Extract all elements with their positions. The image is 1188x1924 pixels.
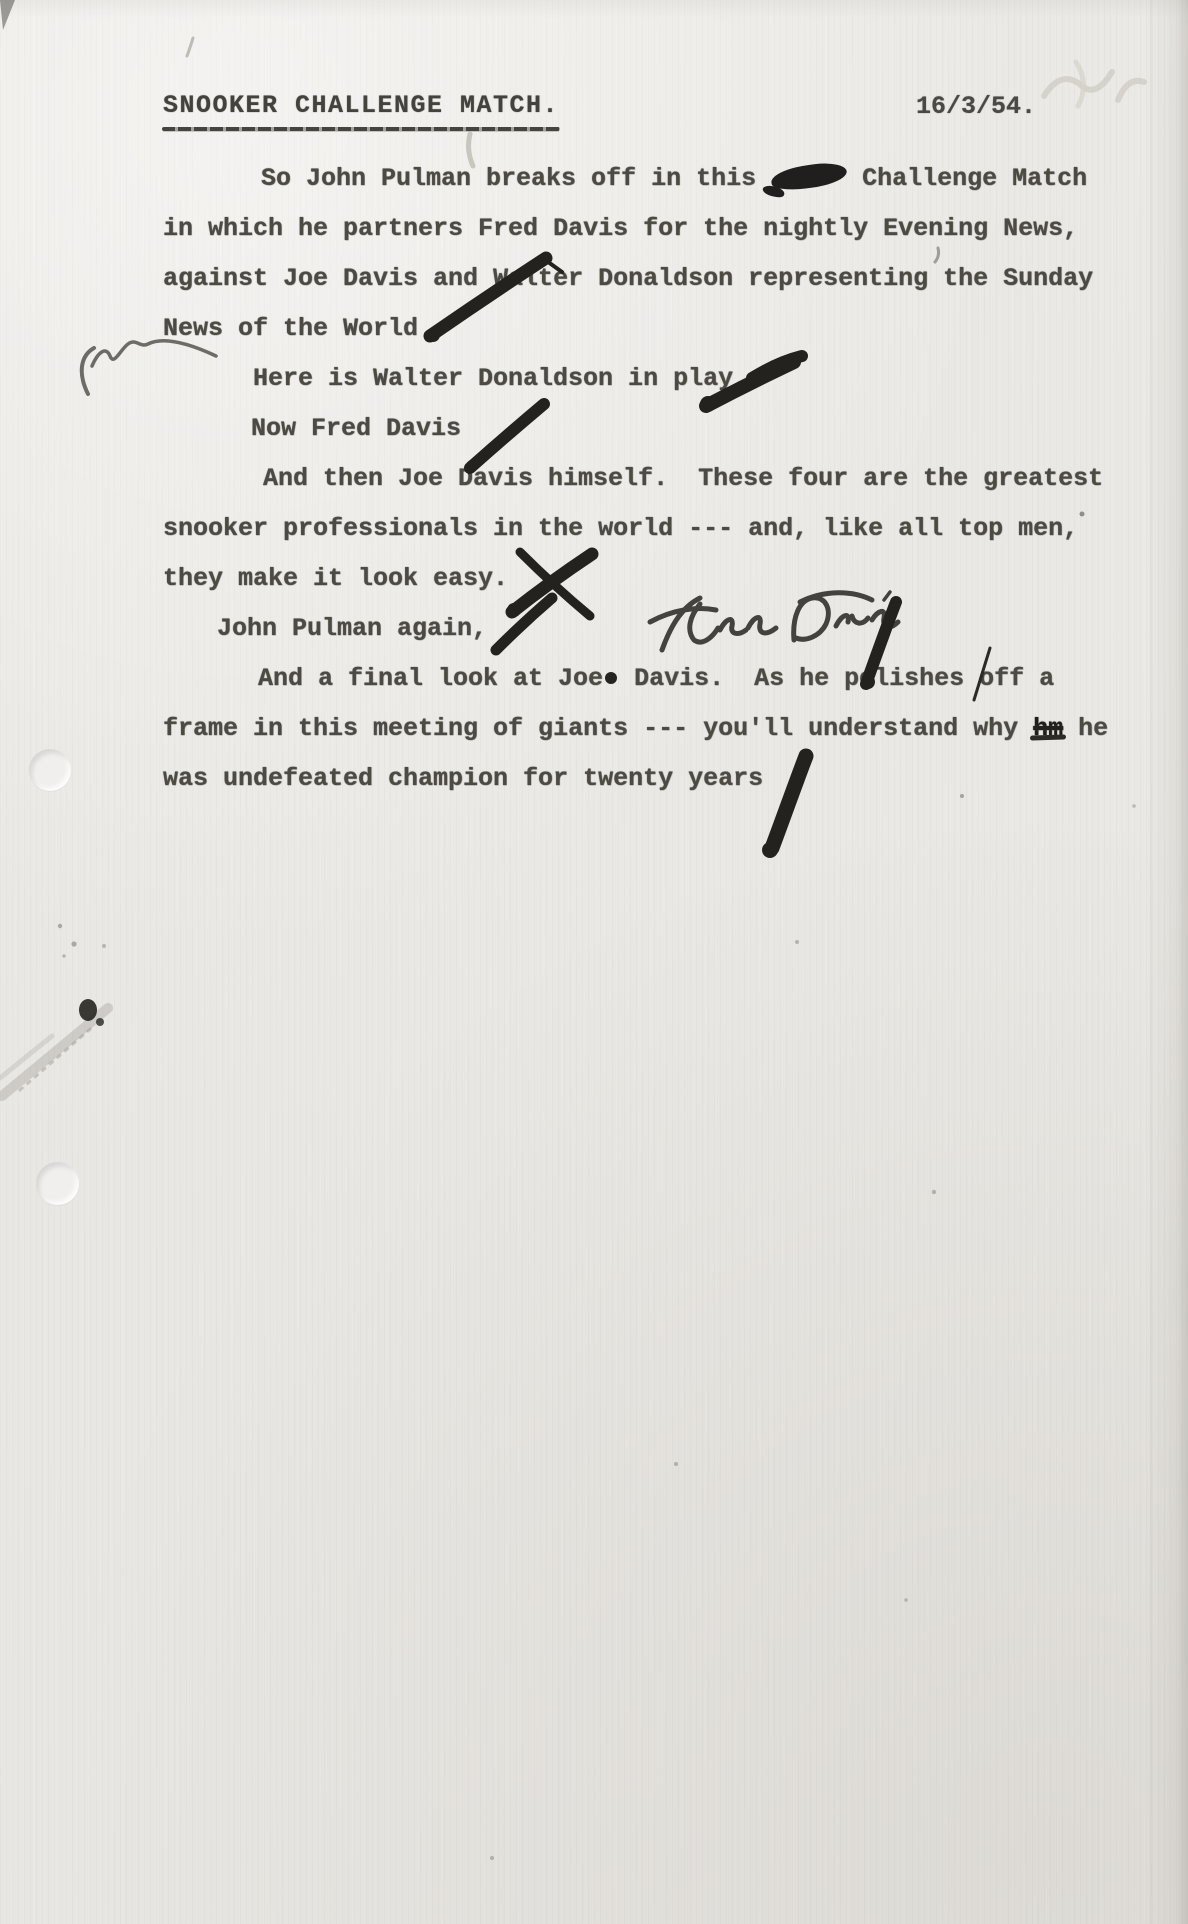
typescript-page: SNOOKER CHALLENGE MATCH. 16/3/54. So Joh…	[0, 0, 1188, 1924]
ink-dot	[605, 672, 617, 684]
pencil-smudge-lower-left	[0, 924, 108, 1096]
typescript-line: Here is Walter Donaldson in play,	[163, 354, 1163, 404]
typed-text: John Pulman again,	[217, 614, 487, 643]
typescript-line: snooker professionals in the world --- a…	[163, 504, 1163, 554]
typed-text: And then Joe Davis himself. These four a…	[263, 464, 1103, 493]
typed-text: was undefeated champion for twenty years	[163, 764, 763, 793]
typed-text: News of the World	[163, 314, 418, 343]
date: 16/3/54.	[916, 92, 1036, 121]
typed-text: against Joe Davis and Walter Donaldson r…	[163, 264, 1093, 293]
struck-out-word: hm	[1033, 714, 1063, 743]
punch-hole-bottom	[36, 1162, 79, 1205]
typed-text: Here is Walter Donaldson in play,	[253, 364, 748, 393]
typescript-line: John Pulman again,	[163, 604, 1163, 654]
typescript-body: So John Pulman breaks off in this Challe…	[163, 154, 1163, 804]
typescript-line: And then Joe Davis himself. These four a…	[163, 454, 1163, 504]
typed-text: they make it look easy.	[163, 564, 508, 593]
typed-text: And a final look at Joe	[258, 664, 603, 693]
typescript-line: against Joe Davis and Walter Donaldson r…	[163, 254, 1163, 304]
page-title: SNOOKER CHALLENGE MATCH.	[163, 92, 559, 120]
ink-blot	[770, 160, 848, 192]
punch-hole-top	[29, 749, 71, 791]
corner-nick	[0, 0, 15, 30]
typed-text: frame in this meeting of giants --- you'…	[163, 714, 1033, 743]
typed-text: Davis. As he polishes off a	[619, 664, 1054, 693]
typescript-line: And a final look at Joe Davis. As he pol…	[163, 654, 1163, 704]
typed-text: he	[1063, 714, 1108, 743]
typed-text: Challenge Match	[847, 164, 1087, 193]
typed-text: snooker professionals in the world --- a…	[163, 514, 1078, 543]
ghost-marks-top-right	[1044, 62, 1144, 106]
typed-text: So John Pulman breaks off in this	[261, 164, 771, 193]
typed-text: in which he partners Fred Davis for the …	[163, 214, 1078, 243]
typescript-line: News of the World	[163, 304, 1163, 354]
typed-text: Now Fred Davis	[251, 414, 461, 443]
typescript-line: in which he partners Fred Davis for the …	[163, 204, 1163, 254]
typescript-line: So John Pulman breaks off in this Challe…	[163, 154, 1163, 204]
typescript-line: frame in this meeting of giants --- you'…	[163, 704, 1163, 754]
stray-tick-top	[187, 38, 193, 56]
typescript-line: Now Fred Davis	[163, 404, 1163, 454]
title-underline	[162, 127, 560, 131]
typescript-line: they make it look easy.	[163, 554, 1163, 604]
typescript-line: was undefeated champion for twenty years	[163, 754, 1163, 804]
